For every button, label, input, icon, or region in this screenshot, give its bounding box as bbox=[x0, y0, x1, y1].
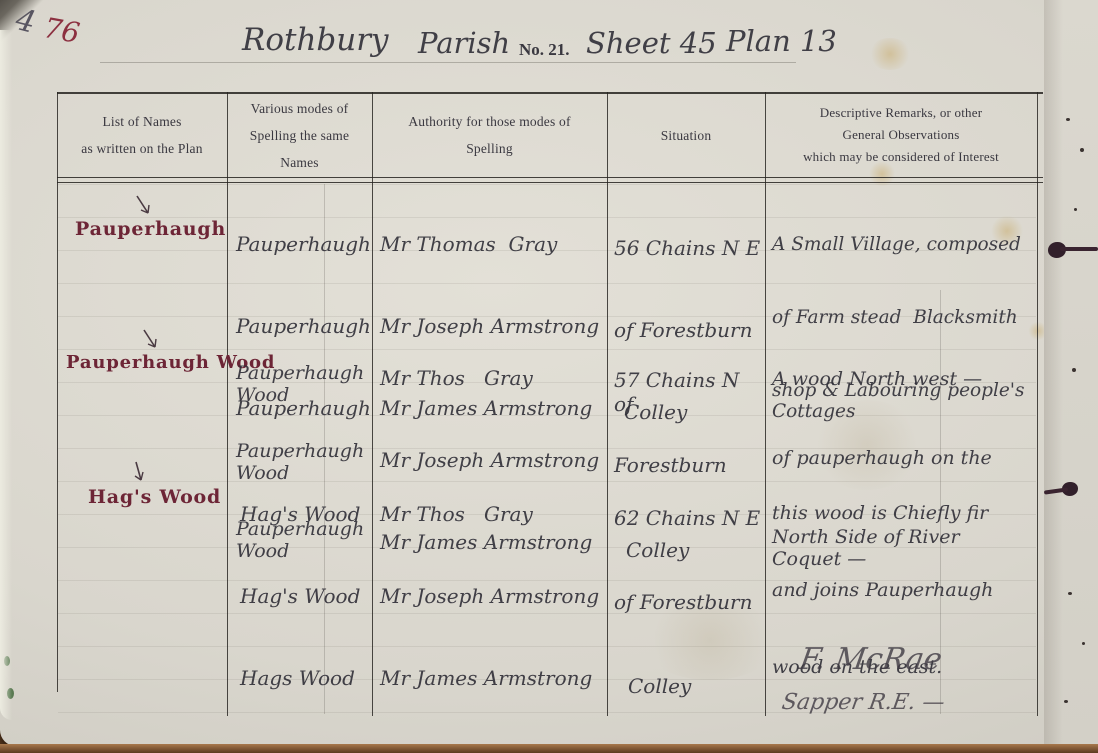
table-border bbox=[765, 92, 766, 716]
remarks-line: this wood is Chiefly fir bbox=[772, 502, 1034, 535]
spelling-entry: Hags Wood bbox=[240, 666, 378, 700]
authority-entry: Mr James Armstrong bbox=[380, 666, 605, 700]
column-header-situation: Situation bbox=[609, 93, 763, 177]
column-header-line: Situation bbox=[661, 122, 712, 149]
surveyor-signature: F. McRae bbox=[797, 642, 944, 677]
situation-line: of Forestburn bbox=[614, 590, 762, 626]
authority-list: Mr Thos Gray Mr Joseph Armstrong Mr Jame… bbox=[380, 454, 605, 748]
column-header-line: which may be considered of Interest bbox=[803, 146, 999, 168]
plan-name: Hag's Wood bbox=[88, 486, 221, 508]
header-parish-word: Parish bbox=[418, 26, 510, 60]
column-header-line: Various modes of bbox=[251, 95, 349, 122]
plan-name: Pauperhaugh bbox=[75, 218, 226, 240]
column-header-authority: Authority for those modes of Spelling bbox=[374, 93, 605, 177]
situation-line: 56 Chains N E bbox=[614, 236, 762, 270]
column-header-names: List of Names as written on the Plan bbox=[59, 93, 225, 177]
table-border bbox=[57, 92, 58, 692]
spelling-entry: Pauperhaugh Wood bbox=[236, 362, 374, 396]
spelling-entry: Hag's Wood bbox=[240, 584, 378, 618]
header-no-label: No. 21. bbox=[519, 40, 570, 60]
column-header-line: Spelling bbox=[466, 135, 513, 162]
photographed-document: 4 76 Rothbury Parish No. 21. Sheet 45 Pl… bbox=[0, 0, 1098, 753]
spelling-entry: Pauperhaugh bbox=[236, 232, 374, 266]
header-underline bbox=[100, 62, 796, 63]
authority-entry: Mr Joseph Armstrong bbox=[380, 584, 605, 618]
page-stack-edge bbox=[1044, 0, 1098, 746]
column-header-line: Authority for those modes of bbox=[408, 108, 570, 135]
remarks-line: A Small Village, composed bbox=[772, 234, 1034, 265]
stain bbox=[868, 38, 912, 70]
authority-entry: Mr Thos Gray bbox=[380, 366, 605, 400]
spelling-entry: Hag's Wood bbox=[240, 502, 378, 536]
table-border bbox=[57, 177, 1043, 178]
column-header-spelling-modes: Various modes of Spelling the same Names bbox=[229, 93, 370, 177]
column-header-line: Descriptive Remarks, or other bbox=[820, 102, 982, 124]
header-sheet-label: Sheet 45 bbox=[586, 26, 717, 60]
table-border bbox=[1037, 92, 1038, 716]
header-parish-name: Rothbury bbox=[242, 22, 389, 58]
situation-cell: 62 Chains N E of Forestburn Colley bbox=[614, 458, 762, 753]
column-header-line: as written on the Plan bbox=[81, 135, 202, 162]
page: 4 76 Rothbury Parish No. 21. Sheet 45 Pl… bbox=[0, 0, 1098, 746]
spelling-list: Hag's Wood Hag's Wood Hags Wood bbox=[240, 454, 378, 748]
situation-line: 57 Chains N of bbox=[614, 368, 762, 405]
table-border bbox=[57, 182, 1043, 183]
column-header-line: General Observations bbox=[843, 124, 960, 146]
authority-entry: Mr Thomas Gray bbox=[380, 232, 605, 266]
column-header-line: List of Names bbox=[102, 108, 181, 135]
authority-entry: Mr Thos Gray bbox=[380, 502, 605, 536]
situation-line: 62 Chains N E bbox=[614, 506, 762, 542]
table-border bbox=[227, 92, 228, 716]
paper-edge-highlight bbox=[0, 30, 12, 720]
column-header-line: Spelling the same Names bbox=[229, 122, 370, 176]
header-plan-label: Plan 13 bbox=[726, 24, 837, 58]
situation-line: Colley bbox=[614, 674, 762, 710]
table-border bbox=[607, 92, 608, 716]
binding-thread bbox=[1060, 247, 1098, 251]
remarks-line: and joins Pauperhaugh bbox=[772, 579, 1034, 612]
surveyor-rank: Sapper R.E. — bbox=[780, 690, 946, 715]
column-header-remarks: Descriptive Remarks, or other General Ob… bbox=[767, 93, 1035, 177]
desk-surface bbox=[0, 744, 1098, 753]
remarks-line: A wood North west — bbox=[772, 368, 1034, 403]
